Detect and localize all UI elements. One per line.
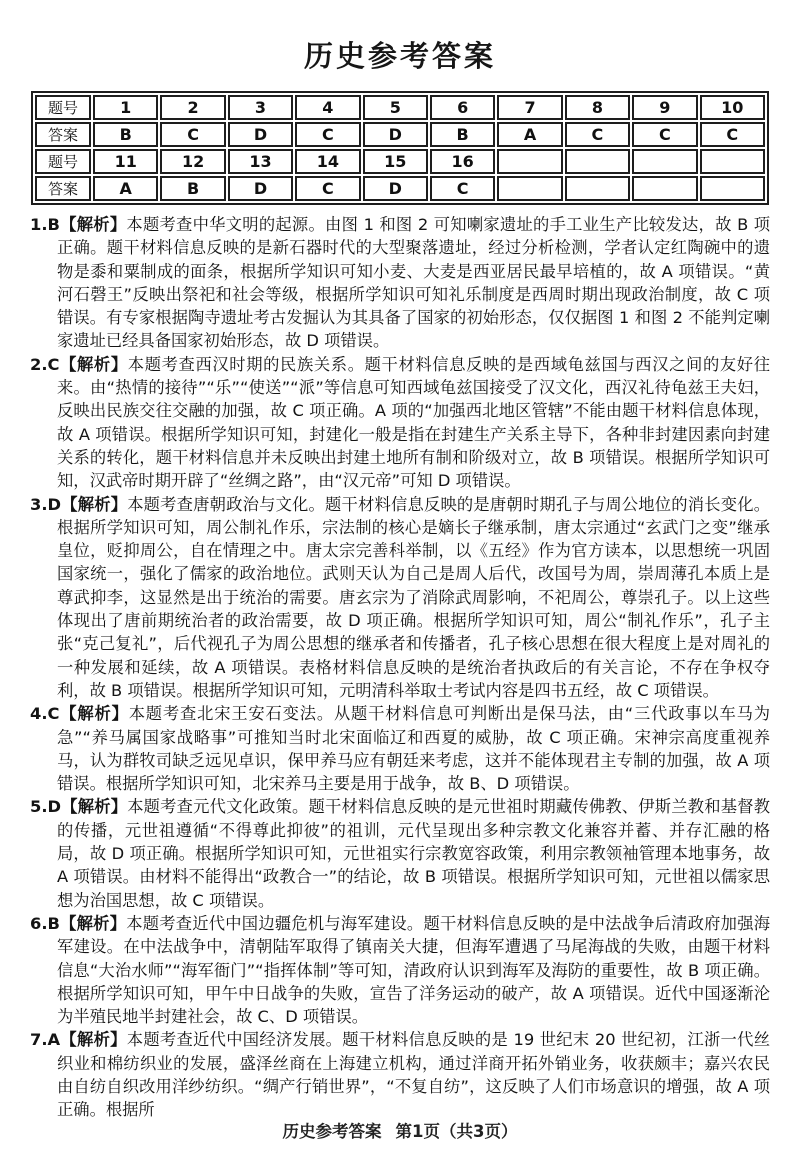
table-row: 题号 11 12 13 14 15 16 — [35, 149, 765, 174]
answer-cell: B — [160, 176, 225, 201]
question-number-cell: 3 — [228, 95, 293, 120]
explanation-prefix: 2.C【解析】 — [30, 355, 128, 374]
question-number-cell: 6 — [430, 95, 495, 120]
question-number-cell: 14 — [295, 149, 360, 174]
empty-cell — [565, 149, 630, 174]
table-row: 答案 B C D C D B A C C C — [35, 122, 765, 147]
answer-cell: A — [93, 176, 158, 201]
answer-cell: D — [228, 176, 293, 201]
explanation-prefix: 6.B【解析】 — [30, 914, 126, 933]
explanation-list: 1.B【解析】本题考查中华文明的起源。由图 1 和图 2 可知喇家遗址的手工业生… — [30, 213, 770, 1122]
explanation-item-6: 6.B【解析】本题考查近代中国边疆危机与海军建设。题干材料信息反映的是中法战争后… — [30, 912, 770, 1028]
answer-cell: C — [430, 176, 495, 201]
row-header: 答案 — [35, 176, 91, 201]
row-header: 题号 — [35, 95, 91, 120]
explanation-text: 本题考查近代中国边疆危机与海军建设。题干材料信息反映的是中法战争后清政府加强海军… — [57, 914, 770, 1026]
question-number-cell: 2 — [160, 95, 225, 120]
explanation-item-1: 1.B【解析】本题考查中华文明的起源。由图 1 和图 2 可知喇家遗址的手工业生… — [30, 213, 770, 353]
question-number-cell: 10 — [700, 95, 765, 120]
answer-cell: D — [363, 176, 428, 201]
question-number-cell: 9 — [632, 95, 697, 120]
footer-page-number: 第1页（共3页） — [396, 1122, 518, 1141]
empty-cell — [497, 176, 562, 201]
answer-cell: C — [632, 122, 697, 147]
answer-cell: A — [497, 122, 562, 147]
empty-cell — [700, 149, 765, 174]
question-number-cell: 13 — [228, 149, 293, 174]
answer-key-page: 历史参考答案 题号 1 2 3 4 5 6 7 8 9 10 答案 — [0, 0, 800, 1122]
question-number-cell: 8 — [565, 95, 630, 120]
explanation-item-5: 5.D【解析】本题考查元代文化政策。题干材料信息反映的是元世祖时期藏传佛教、伊斯… — [30, 795, 770, 911]
page-footer: 历史参考答案第1页（共3页） — [0, 1118, 800, 1142]
page-title: 历史参考答案 — [30, 34, 770, 75]
empty-cell — [497, 149, 562, 174]
answer-cell: C — [565, 122, 630, 147]
question-number-cell: 12 — [160, 149, 225, 174]
answer-table: 题号 1 2 3 4 5 6 7 8 9 10 答案 B C D — [33, 93, 767, 203]
footer-doc-title: 历史参考答案 — [283, 1122, 382, 1141]
explanation-item-3: 3.D【解析】本题考查唐朝政治与文化。题干材料信息反映的是唐朝时期孔子与周公地位… — [30, 493, 770, 703]
explanation-prefix: 4.C【解析】 — [30, 704, 129, 723]
explanation-text: 本题考查唐朝政治与文化。题干材料信息反映的是唐朝时期孔子与周公地位的消长变化。根… — [57, 495, 770, 700]
answer-cell: C — [295, 176, 360, 201]
answer-cell: D — [363, 122, 428, 147]
answer-cell: B — [430, 122, 495, 147]
question-number-cell: 11 — [93, 149, 158, 174]
question-number-cell: 4 — [295, 95, 360, 120]
explanation-text: 本题考查元代文化政策。题干材料信息反映的是元世祖时期藏传佛教、伊斯兰教和基督教的… — [57, 797, 770, 909]
row-header: 题号 — [35, 149, 91, 174]
empty-cell — [700, 176, 765, 201]
answer-cell: C — [700, 122, 765, 147]
answer-table-frame: 题号 1 2 3 4 5 6 7 8 9 10 答案 B C D — [31, 91, 769, 205]
question-number-cell: 1 — [93, 95, 158, 120]
explanation-item-4: 4.C【解析】本题考查北宋王安石变法。从题干材料信息可判断出是保马法，由“三代政… — [30, 702, 770, 795]
explanation-prefix: 7.A【解析】 — [30, 1030, 127, 1049]
explanation-text: 本题考查北宋王安石变法。从题干材料信息可判断出是保马法，由“三代政事以车马为急”… — [57, 704, 770, 793]
explanation-item-7: 7.A【解析】本题考查近代中国经济发展。题干材料信息反映的是 19 世纪末 20… — [30, 1028, 770, 1121]
explanation-text: 本题考查近代中国经济发展。题干材料信息反映的是 19 世纪末 20 世纪初，江浙… — [57, 1030, 770, 1119]
question-number-cell: 15 — [363, 149, 428, 174]
explanation-prefix: 5.D【解析】 — [30, 797, 127, 816]
answer-cell: D — [228, 122, 293, 147]
question-number-cell: 16 — [430, 149, 495, 174]
row-header: 答案 — [35, 122, 91, 147]
answer-cell: C — [295, 122, 360, 147]
answer-cell: B — [93, 122, 158, 147]
explanation-text: 本题考查西汉时期的民族关系。题干材料信息反映的是西域龟兹国与西汉之间的友好往来。… — [57, 355, 770, 490]
explanation-prefix: 1.B【解析】 — [30, 215, 126, 234]
table-row: 答案 A B D C D C — [35, 176, 765, 201]
question-number-cell: 5 — [363, 95, 428, 120]
empty-cell — [565, 176, 630, 201]
empty-cell — [632, 149, 697, 174]
question-number-cell: 7 — [497, 95, 562, 120]
answer-cell: C — [160, 122, 225, 147]
explanation-item-2: 2.C【解析】本题考查西汉时期的民族关系。题干材料信息反映的是西域龟兹国与西汉之… — [30, 353, 770, 493]
table-row: 题号 1 2 3 4 5 6 7 8 9 10 — [35, 95, 765, 120]
empty-cell — [632, 176, 697, 201]
explanation-prefix: 3.D【解析】 — [30, 495, 127, 514]
explanation-text: 本题考查中华文明的起源。由图 1 和图 2 可知喇家遗址的手工业生产比较发达，故… — [57, 215, 770, 350]
